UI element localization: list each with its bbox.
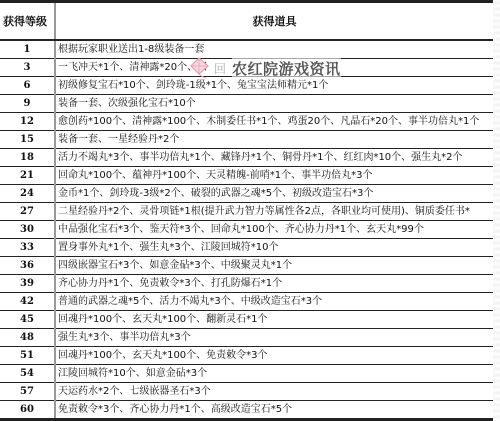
level-cell: 60 (0, 400, 55, 419)
level-cell: 45 (0, 310, 55, 328)
level-cell: 30 (0, 220, 55, 238)
header-items: 获得道具 (55, 2, 493, 40)
items-cell: 活力不竭丸*3个、事半功倍丸*1个、藏锋丹*1个、铜骨丹*1个、红红肉*10个、… (55, 148, 493, 166)
items-cell: 江陵回城符*10个、如意金砧*3个 (55, 364, 493, 382)
table-row: 1根据玩家职业送出1-8级装备一套 (0, 40, 493, 59)
level-cell: 33 (0, 238, 55, 256)
table-row: 48强生丸*3个、事半功倍丸*3个 (0, 328, 493, 346)
items-cell: 回魂丹*100个、玄天丸*100个、翻新灵石*1个 (55, 310, 493, 328)
table-row: 3一飞冲天*1个、清神露*20个、回 (0, 58, 493, 76)
level-cell: 9 (0, 94, 55, 112)
items-cell: 中品强化宝石*3个、鉴天符*3个、回命丸*100个、齐心协力丹*1个、玄天丸*9… (55, 220, 493, 238)
items-cell: 二星经验丹*2个、灵骨项链*1根(提升武力智力等属性各2点，各职业均可使用)、铜… (55, 202, 493, 220)
items-cell: 四级嵌器宝石*3个、如意金砧*3个、中级聚灵丸*1个 (55, 256, 493, 274)
level-cell: 54 (0, 364, 55, 382)
table-row: 9装备一套、次级强化宝石*10个 (0, 94, 493, 112)
items-cell: 金币*1个、剑玲珑-3级*2个、破裂的武器之魂*5个、初级改造宝石*3个 (55, 184, 493, 202)
table-row: 27二星经验丹*2个、灵骨项链*1根(提升武力智力等属性各2点，各职业均可使用)… (0, 202, 493, 220)
edge-noise (493, 0, 500, 421)
items-cell: 天运药水*2个、七级嵌器圣石*3个 (55, 382, 493, 400)
level-cell: 1 (0, 40, 55, 59)
items-cell: 免责敕令*3个、齐心协力丹*1个、高级改造宝石*5个 (55, 400, 493, 419)
items-cell: 愈创药*100个、清神露*100个、木制委任书*1个、鸡蛋20个、凡晶石*20个… (55, 112, 493, 130)
table-row: 42普通的武器之魂*5个、活力不竭丸*3个、中级改造宝石*3个 (0, 292, 493, 310)
level-cell: 21 (0, 166, 55, 184)
items-cell: 装备一套、次级强化宝石*10个 (55, 94, 493, 112)
table-header: 获得等级 获得道具 (0, 2, 493, 40)
items-cell: 装备一套、一星经验丹*2个 (55, 130, 493, 148)
level-cell: 18 (0, 148, 55, 166)
table-row: 51回魂丹*100个、玄天丸*100个、免责敕令*3个 (0, 346, 493, 364)
items-cell: 初级修复宝石*10个、剑玲珑-1级*1个、兔宝宝法师精元*1个 (55, 76, 493, 94)
level-rewards-table: 获得等级 获得道具 1根据玩家职业送出1-8级装备一套 3一飞冲天*1个、清神露… (0, 0, 493, 421)
items-cell: 根据玩家职业送出1-8级装备一套 (55, 40, 493, 59)
level-cell: 12 (0, 112, 55, 130)
level-cell: 15 (0, 130, 55, 148)
table-row: 60免责敕令*3个、齐心协力丹*1个、高级改造宝石*5个 (0, 400, 493, 419)
table-row: 39齐心协力丹*1个、免责敕令*3个、打孔防爆石*1个 (0, 274, 493, 292)
level-cell: 27 (0, 202, 55, 220)
table-row: 33置身事外丸*1个、强生丸*3个、江陵回城符*10个 (0, 238, 493, 256)
level-cell: 24 (0, 184, 55, 202)
table-row: 45回魂丹*100个、玄天丸*100个、翻新灵石*1个 (0, 310, 493, 328)
items-cell: 置身事外丸*1个、强生丸*3个、江陵回城符*10个 (55, 238, 493, 256)
table-body: 1根据玩家职业送出1-8级装备一套 3一飞冲天*1个、清神露*20个、回 6初级… (0, 40, 493, 420)
items-cell: 回命丸*100个、蕴神丹*100个、天灵精魄-前哨*1个、事半功倍丸*3个 (55, 166, 493, 184)
items-cell: 齐心协力丹*1个、免责敕令*3个、打孔防爆石*1个 (55, 274, 493, 292)
items-cell: 强生丸*3个、事半功倍丸*3个 (55, 328, 493, 346)
table-row: 30中品强化宝石*3个、鉴天符*3个、回命丸*100个、齐心协力丹*1个、玄天丸… (0, 220, 493, 238)
level-cell: 6 (0, 76, 55, 94)
items-cell: 普通的武器之魂*5个、活力不竭丸*3个、中级改造宝石*3个 (55, 292, 493, 310)
table-row: 21回命丸*100个、蕴神丹*100个、天灵精魄-前哨*1个、事半功倍丸*3个 (0, 166, 493, 184)
header-row: 获得等级 获得道具 (0, 2, 493, 40)
header-level: 获得等级 (0, 2, 55, 40)
table-row: 12愈创药*100个、清神露*100个、木制委任书*1个、鸡蛋20个、凡晶石*2… (0, 112, 493, 130)
level-cell: 36 (0, 256, 55, 274)
level-cell: 42 (0, 292, 55, 310)
items-cell: 一飞冲天*1个、清神露*20个、回 (55, 58, 493, 76)
level-rewards-table-container: 获得等级 获得道具 1根据玩家职业送出1-8级装备一套 3一飞冲天*1个、清神露… (0, 0, 493, 421)
level-cell: 39 (0, 274, 55, 292)
table-row: 6初级修复宝石*10个、剑玲珑-1级*1个、兔宝宝法师精元*1个 (0, 76, 493, 94)
items-cell: 回魂丹*100个、玄天丸*100个、免责敕令*3个 (55, 346, 493, 364)
table-row: 36四级嵌器宝石*3个、如意金砧*3个、中级聚灵丸*1个 (0, 256, 493, 274)
table-row: 54江陵回城符*10个、如意金砧*3个 (0, 364, 493, 382)
level-cell: 51 (0, 346, 55, 364)
level-cell: 3 (0, 58, 55, 76)
table-row: 57天运药水*2个、七级嵌器圣石*3个 (0, 382, 493, 400)
table-row: 15装备一套、一星经验丹*2个 (0, 130, 493, 148)
table-row: 24金币*1个、剑玲珑-3级*2个、破裂的武器之魂*5个、初级改造宝石*3个 (0, 184, 493, 202)
level-cell: 57 (0, 382, 55, 400)
table-row: 18活力不竭丸*3个、事半功倍丸*1个、藏锋丹*1个、铜骨丹*1个、红红肉*10… (0, 148, 493, 166)
level-cell: 48 (0, 328, 55, 346)
